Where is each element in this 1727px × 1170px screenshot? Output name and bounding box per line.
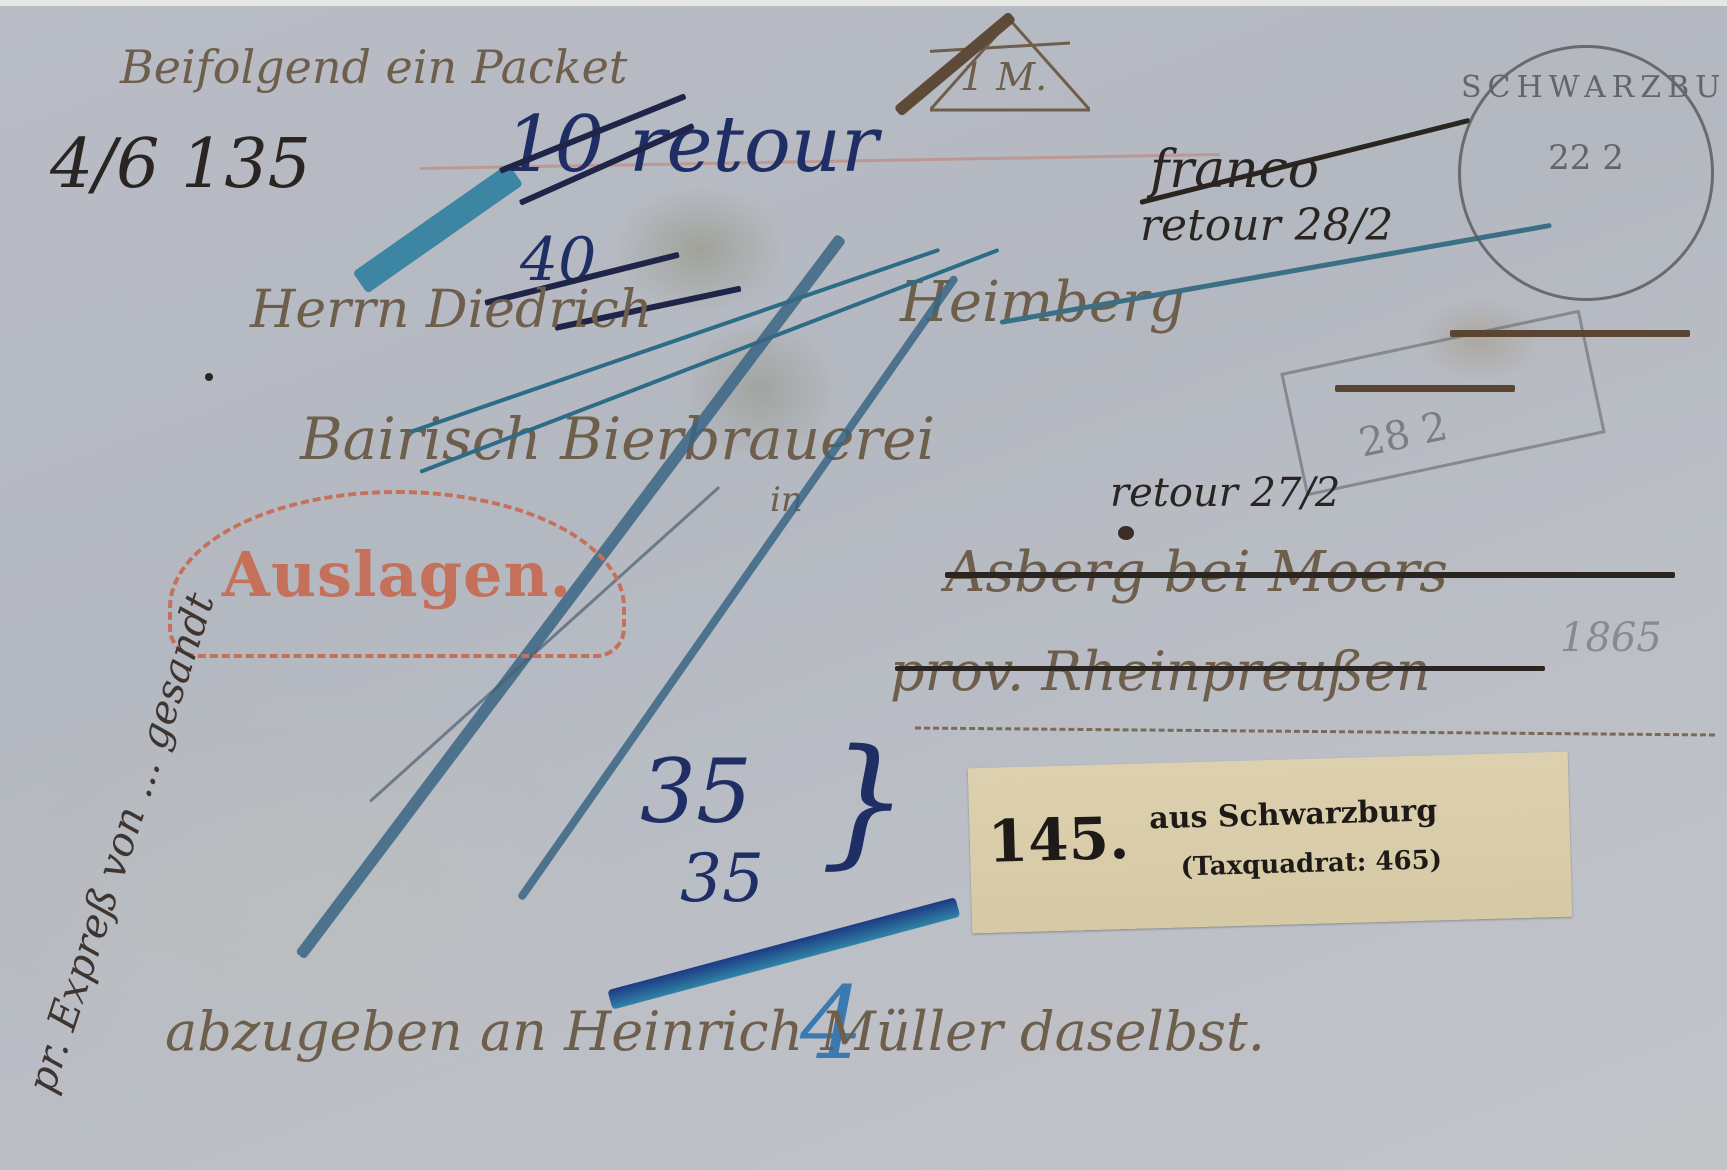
top-line-text: Beifolgend ein Packet <box>120 40 627 94</box>
postal-cover: Beifolgend ein Packet 1 M. 4/6 135 10 re… <box>0 0 1727 1170</box>
auslagen-text: Auslagen. <box>222 538 572 611</box>
recipient-name: Heimberg <box>900 270 1185 335</box>
brown-dash-2 <box>1335 385 1515 392</box>
brown-dash-1 <box>1450 330 1690 337</box>
weight-mark: 1 M. <box>960 55 1047 99</box>
box-arrival-cancel: 28 2 <box>1280 310 1606 497</box>
retour-right: retour 27/2 <box>1110 470 1340 516</box>
strike-place <box>945 572 1675 578</box>
blue-brace: } <box>820 720 909 883</box>
retour-fraction: retour 28/2 <box>1140 200 1393 251</box>
province-struck: prov. Rheinpreußen <box>890 640 1431 703</box>
cancel-town: SCHWARZBURG <box>1461 70 1711 105</box>
recipient-title: Herrn Diedrich <box>250 280 652 340</box>
auslagen-stamp: Auslagen. <box>168 490 626 658</box>
blue-crayon-stroke <box>353 163 524 293</box>
bottom-line-text: abzugeben an Heinrich Müller daselbst. <box>165 1000 1265 1063</box>
pencil-year: 1865 <box>1560 615 1662 661</box>
blue-number-1: 35 <box>640 740 752 843</box>
schwarzburg-circular-cancel: SCHWARZBURG 22 2 <box>1458 45 1714 301</box>
box-cancel-date: 28 2 <box>1355 403 1452 467</box>
ink-dot <box>1118 526 1134 540</box>
blue-crayon-underline <box>607 897 960 1009</box>
cancel-date: 22 2 <box>1461 138 1711 178</box>
registration-tax-square: (Taxquadrat: 465) <box>1180 845 1442 882</box>
dashed-underline <box>915 727 1715 737</box>
blue-number-2: 35 <box>680 840 764 917</box>
registration-origin: aus Schwarzburg <box>1149 793 1438 836</box>
reference-number: 4/6 135 <box>50 125 311 204</box>
registration-label: 145. aus Schwarzburg (Taxquadrat: 465) <box>968 752 1572 934</box>
strike-province <box>895 666 1545 671</box>
registration-number: 145. <box>987 804 1130 876</box>
ink-dot <box>205 373 213 381</box>
paper-top-edge <box>0 0 1727 6</box>
